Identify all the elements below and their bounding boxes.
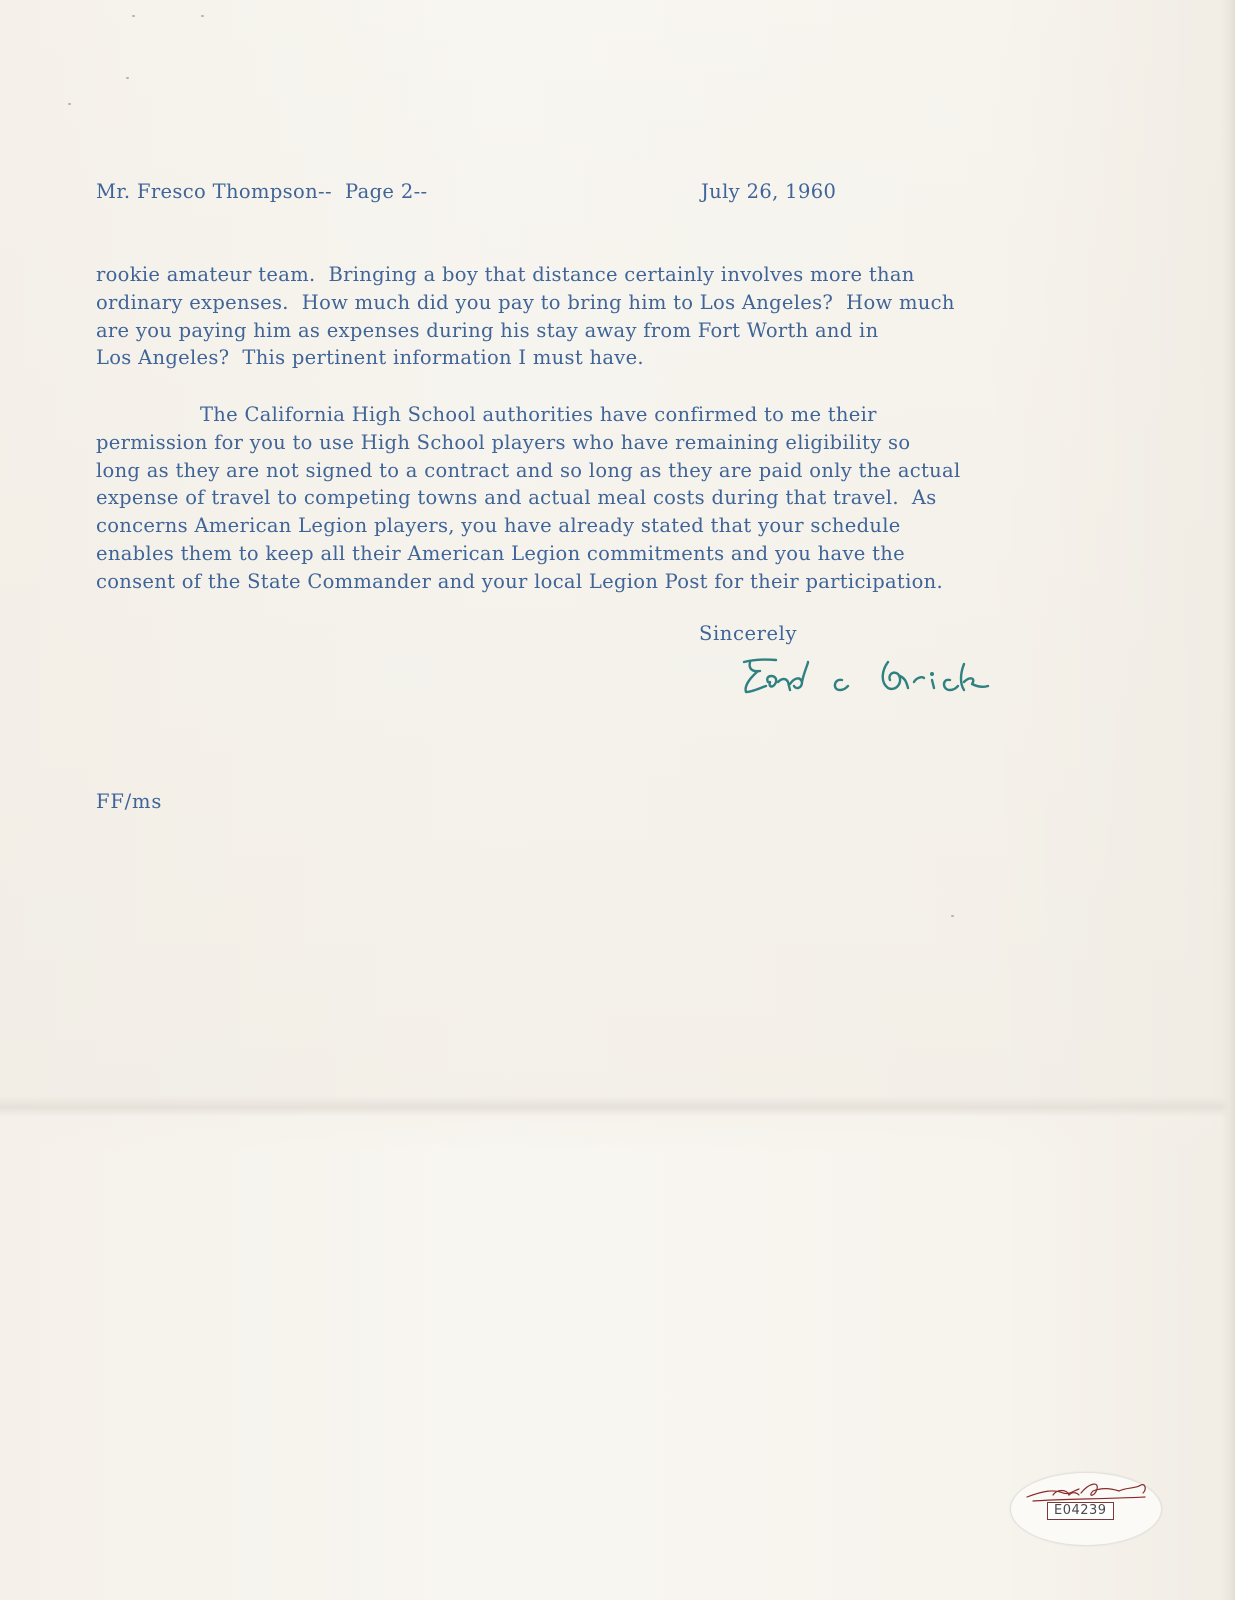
paper-speck — [951, 915, 954, 917]
paper-speck — [126, 77, 129, 79]
paragraph-line: permission for you to use High School pl… — [96, 429, 1136, 457]
closing-salutation: Sincerely — [699, 622, 797, 645]
paragraph-1: rookie amateur team. Bringing a boy that… — [96, 261, 1136, 372]
paper-speck — [68, 103, 71, 105]
paragraph-line: The California High School authorities h… — [96, 401, 1136, 429]
paragraph-line: consent of the State Commander and your … — [96, 568, 1136, 596]
paragraph-line: expense of travel to competing towns and… — [96, 484, 1136, 512]
paragraph-2: The California High School authorities h… — [96, 401, 1136, 596]
paper-speck — [132, 15, 135, 17]
typist-initials: FF/ms — [96, 790, 162, 813]
paragraph-line: are you paying him as expenses during hi… — [96, 317, 1136, 345]
handwritten-signature-icon — [738, 652, 1038, 702]
paragraph-line: concerns American Legion players, you ha… — [96, 512, 1136, 540]
authentication-code: E04239 — [1047, 1502, 1114, 1520]
paragraph-line: enables them to keep all their American … — [96, 540, 1136, 568]
paragraph-line: rookie amateur team. Bringing a boy that… — [96, 261, 1136, 289]
paragraph-line: long as they are not signed to a contrac… — [96, 457, 1136, 485]
letter-date: July 26, 1960 — [701, 178, 836, 206]
letter-page — [0, 0, 1235, 1600]
paper-edge — [1221, 0, 1235, 1600]
letter-header-recipient-page: Mr. Fresco Thompson-- Page 2-- — [96, 178, 428, 206]
paragraph-line: ordinary expenses. How much did you pay … — [96, 289, 1136, 317]
paper-speck — [201, 15, 204, 17]
authentication-sticker: E04239 — [1010, 1472, 1162, 1546]
paragraph-line: Los Angeles? This pertinent information … — [96, 344, 1136, 372]
